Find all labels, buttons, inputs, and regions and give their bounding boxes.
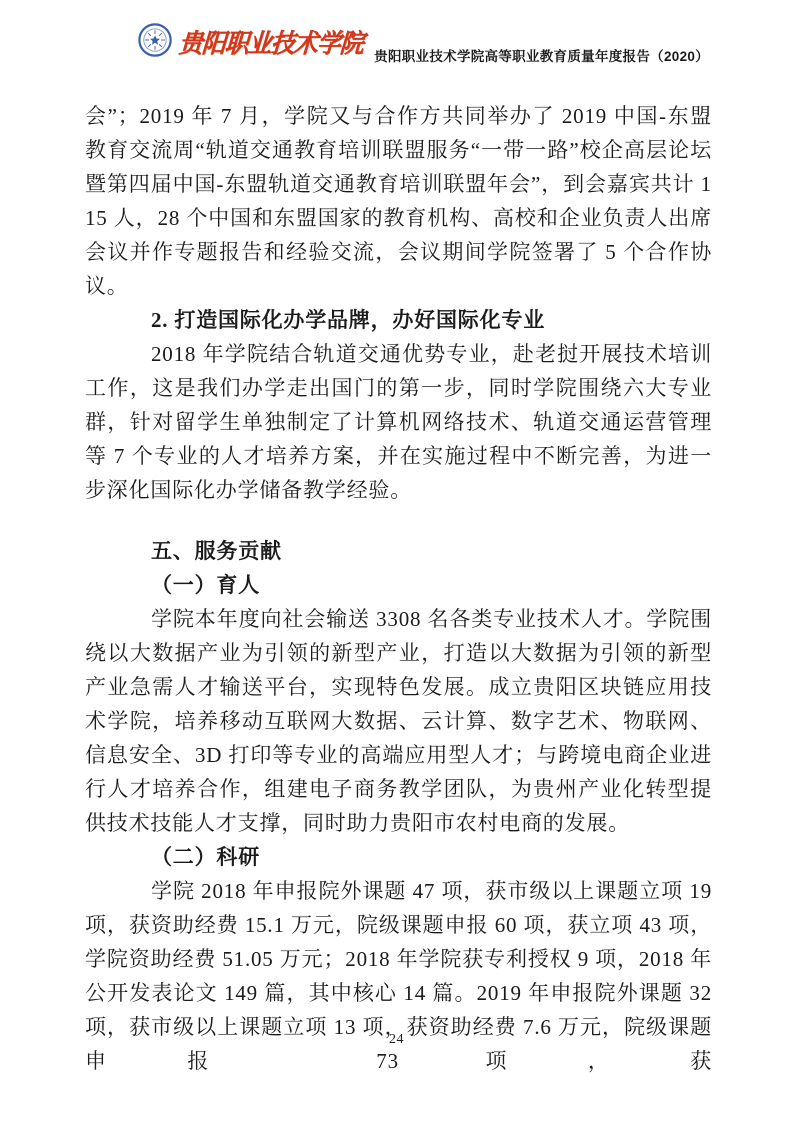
subheading-talent-cultivation: （一）育人 bbox=[85, 568, 712, 602]
header-logo: 贵阳职业技术学院 bbox=[138, 18, 363, 62]
subheading-scientific-research: （二）科研 bbox=[85, 840, 712, 874]
paragraph-talent-output: 学院本年度向社会输送 3308 名各类专业技术人才。学院围绕以大数据产业为引领的… bbox=[85, 602, 712, 840]
college-seal-icon bbox=[138, 23, 172, 57]
report-header-title: 贵阳职业技术学院高等职业教育质量年度报告（2020） bbox=[374, 45, 709, 65]
college-name-calligraphy: 贵阳职业技术学院 bbox=[178, 21, 365, 59]
paragraph-asean-forum-continuation: 会”；2019 年 7 月，学院又与合作方共同举办了 2019 中国-东盟教育交… bbox=[85, 99, 712, 303]
paragraph-laos-training: 2018 年学院结合轨道交通优势专业，赴老挝开展技术培训工作，这是我们办学走出国… bbox=[85, 337, 712, 507]
page-number: 24 bbox=[0, 1032, 793, 1048]
report-page: 贵阳职业技术学院 贵阳职业技术学院高等职业教育质量年度报告（2020） 会”；2… bbox=[0, 0, 793, 1122]
heading-international-brand: 2. 打造国际化办学品牌，办好国际化专业 bbox=[85, 303, 712, 337]
document-body: 会”；2019 年 7 月，学院又与合作方共同举办了 2019 中国-东盟教育交… bbox=[85, 99, 712, 1078]
section-heading-service-contribution: 五、服务贡献 bbox=[85, 534, 712, 568]
